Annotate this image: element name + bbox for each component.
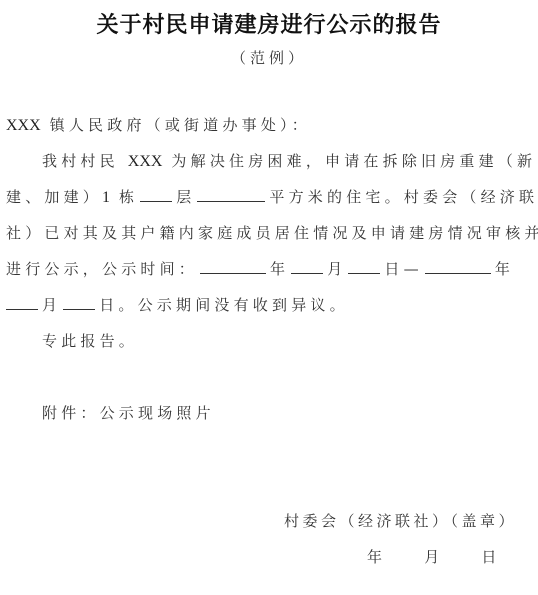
start-month-blank[interactable] [291,259,323,274]
document-title: 关于村民申请建房进行公示的报告 [0,8,538,39]
signature-date: 年月日 [367,546,501,567]
document-subtitle: （范例） [0,47,538,68]
body-line-4: 进行公示，公示时间：年月日—年 [6,258,514,279]
unit-month: 月 [327,260,346,278]
addressee-placeholder: XXX [6,117,41,134]
body-text: 为解决住房困难，申请在拆除旧房重建（新 [171,152,536,170]
date-day: 日 [481,548,500,566]
unit-building: 栋 [119,188,138,206]
body-text: 进行公示，公示时间： [6,260,198,278]
area-blank[interactable] [197,187,265,202]
body-line-1: 我村村民 XXX 为解决住房困难，申请在拆除旧房重建（新 [42,150,536,171]
start-day-blank[interactable] [348,259,380,274]
unit-day-dash: 日— [384,260,422,278]
villager-placeholder: XXX [128,153,163,170]
unit-year: 年 [495,260,514,278]
building-count: 1 [102,189,110,206]
body-text: 日。公示期间没有收到异议。 [99,296,349,314]
body-text: 建、加建） [6,188,102,206]
salutation: XXX 镇人民政府（或街道办事处）： [6,114,311,135]
salutation-text: 镇人民政府（或街道办事处）： [50,116,311,134]
body-line-3: 社）已对其及其户籍内家庭成员居住情况及申请建房情况审核并 [6,222,538,243]
signature: 村委会（经济联社）（盖章） [284,510,517,531]
unit-month: 月 [42,296,61,314]
body-line-5: 月日。公示期间没有收到异议。 [6,294,349,315]
body-line-2: 建、加建）1 栋层平方米的住宅。村委会（经济联 [6,186,538,207]
attachment: 附件：公示现场照片 [42,402,215,423]
unit-year: 年 [270,260,289,278]
end-year-blank[interactable] [425,259,491,274]
unit-floor: 层 [176,188,195,206]
end-month-blank[interactable] [6,295,38,310]
end-day-blank[interactable] [63,295,95,310]
body-text: 平方米的住宅。村委会（经济联 [269,188,538,206]
date-year: 年 [367,548,386,566]
closing: 专此报告。 [42,330,138,351]
start-year-blank[interactable] [200,259,266,274]
body-text: 我村村民 [42,152,119,170]
floor-count-blank[interactable] [140,187,172,202]
date-month: 月 [424,548,443,566]
